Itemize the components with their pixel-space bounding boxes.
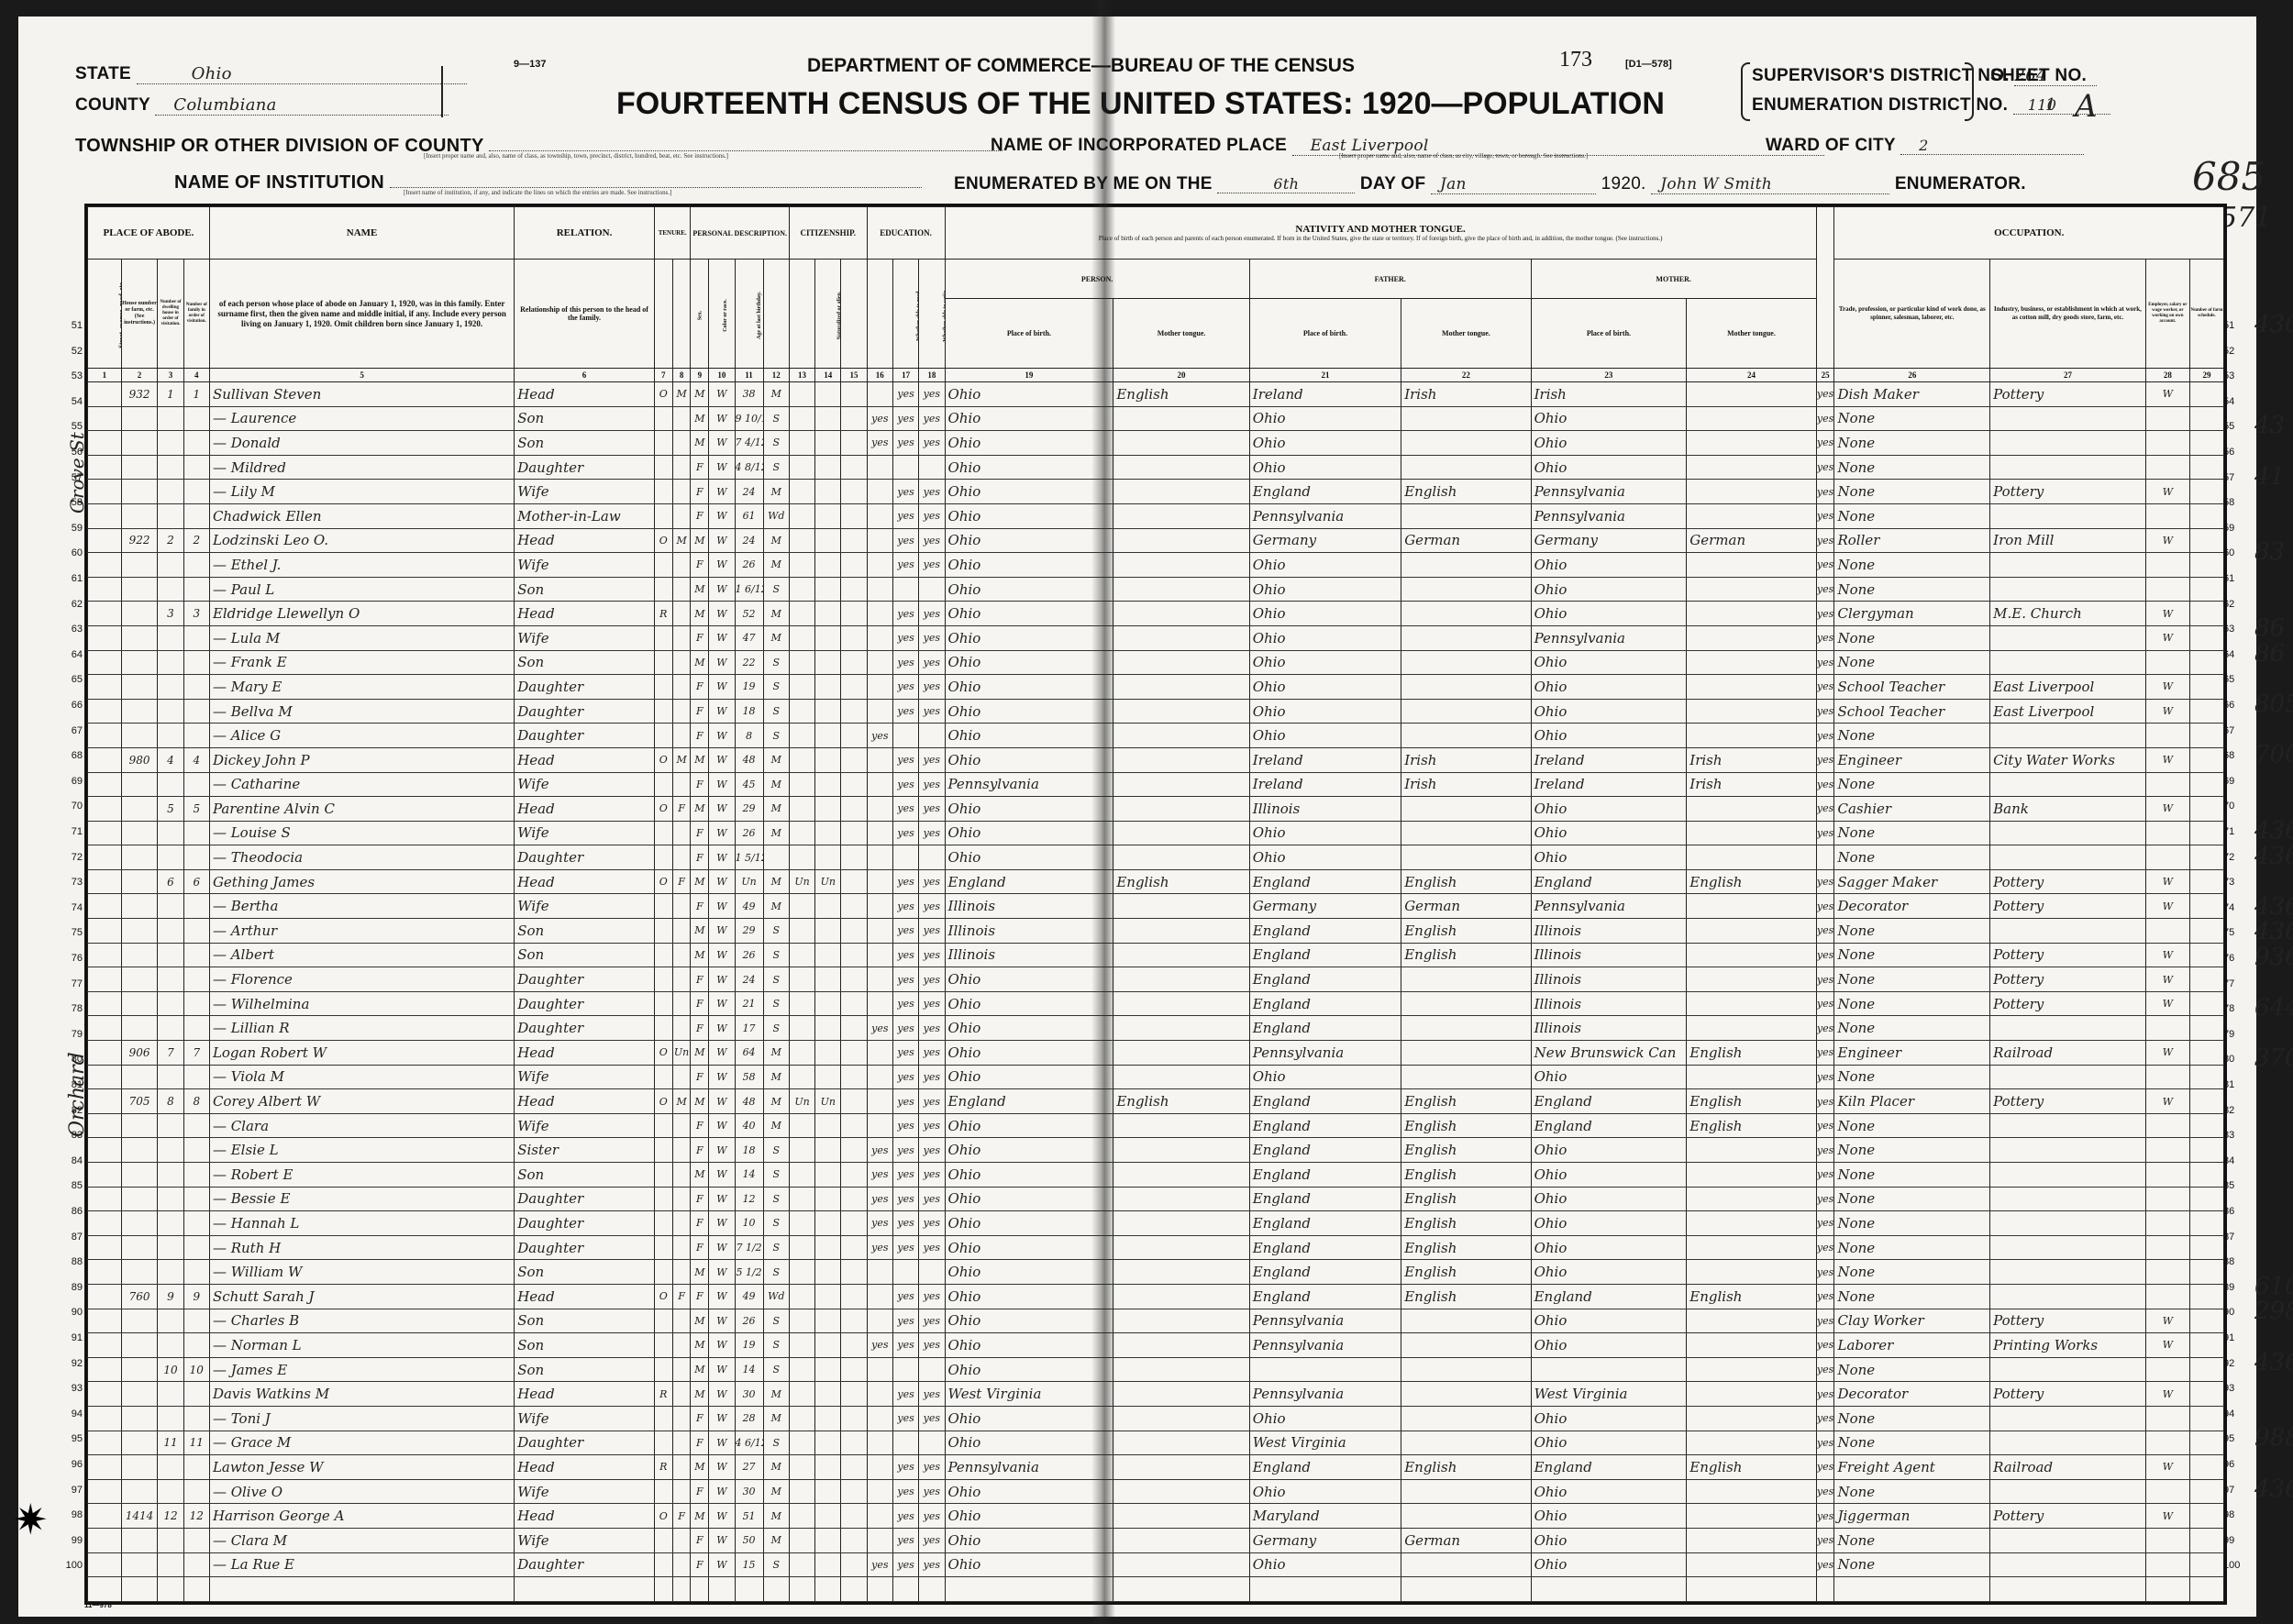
cell-fam	[183, 1479, 209, 1504]
cell-ftongue	[1401, 1479, 1531, 1504]
cell-sch	[867, 650, 892, 675]
cell-imm	[789, 650, 814, 675]
line-number: 65	[61, 674, 83, 685]
cell-nat	[815, 528, 841, 553]
column-number: 15	[841, 369, 867, 382]
cell-fam	[183, 894, 209, 919]
cell-emp: W	[2145, 797, 2189, 822]
cell-read: yes	[892, 1406, 918, 1431]
cell-emp	[2145, 406, 2189, 431]
column-number: 26	[1834, 369, 1990, 382]
cell-eng: yes	[1816, 382, 1834, 407]
cell-own	[654, 967, 672, 992]
cell-street	[88, 553, 122, 578]
cell-emp	[2145, 553, 2189, 578]
cell-natyr	[841, 650, 867, 675]
cell-sch	[867, 528, 892, 553]
cell-ftongue: English	[1401, 1284, 1531, 1309]
cell-race: W	[709, 1163, 735, 1188]
cell-house	[121, 1187, 158, 1211]
cell-mtongue	[1687, 1260, 1816, 1285]
cell-farm	[2189, 991, 2223, 1016]
cell-age: 51	[735, 1504, 763, 1529]
cell-own	[654, 1406, 672, 1431]
cell-age: 22	[735, 650, 763, 675]
cell-ms: M	[763, 480, 789, 504]
cell-mort	[672, 431, 691, 456]
cell-write: yes	[919, 943, 945, 967]
cell-fpob: Ohio	[1249, 724, 1401, 748]
cell-mort	[672, 1577, 691, 1602]
cell-house	[121, 869, 158, 894]
line-number-right: 91	[2223, 1332, 2234, 1343]
cell-write: yes	[919, 894, 945, 919]
column-number: 13	[789, 369, 814, 382]
cell-dwell	[158, 1406, 183, 1431]
cell-trade: Laborer	[1834, 1333, 1990, 1358]
cell-street	[88, 1357, 122, 1382]
cell-sex: M	[691, 577, 709, 602]
cell-race: W	[709, 1211, 735, 1236]
cell-age: 47	[735, 625, 763, 650]
enumeration-district-field: ENUMERATION DISTRICT NO. 110	[1752, 95, 2110, 116]
cell-ms: S	[763, 650, 789, 675]
cell-name: Chadwick Ellen	[209, 503, 514, 528]
cell-house	[121, 797, 158, 822]
cell-race: W	[709, 1431, 735, 1455]
cell-trade: School Teacher	[1834, 699, 1990, 724]
cell-ind	[1990, 1577, 2146, 1602]
cell-farm	[2189, 845, 2223, 870]
line-number-right: 100	[2223, 1560, 2240, 1571]
cell-race: W	[709, 382, 735, 407]
cell-age: 26	[735, 553, 763, 578]
cell-trade: None	[1834, 991, 1990, 1016]
line-number: 62	[61, 599, 83, 610]
cell-sch	[867, 797, 892, 822]
state-value: Ohio	[137, 64, 467, 84]
cell-street	[88, 1333, 122, 1358]
cell-farm	[2189, 1552, 2223, 1577]
group-place-of-abode: PLACE OF ABODE.	[88, 207, 210, 260]
column-number: 9	[691, 369, 709, 382]
cell-eng: yes	[1816, 1406, 1834, 1431]
col-25-header: Whether able to speak English.	[1816, 207, 1834, 369]
cell-mort	[672, 1479, 691, 1504]
cell-ms: S	[763, 1187, 789, 1211]
cell-nat	[815, 553, 841, 578]
cell-pob: Ohio	[945, 1309, 1113, 1333]
cell-house	[121, 503, 158, 528]
cell-race: W	[709, 1113, 735, 1138]
cell-natyr	[841, 967, 867, 992]
cell-pob: Ohio	[945, 821, 1113, 845]
cell-house	[121, 1406, 158, 1431]
cell-house: 760	[121, 1284, 158, 1309]
cell-mtongue: Irish	[1687, 772, 1816, 797]
col-6-header: Relationship of this person to the head …	[515, 260, 655, 369]
cell-fpob: Ohio	[1249, 1552, 1401, 1577]
cell-tongue	[1113, 1138, 1249, 1163]
occupation-code-note: 298	[2254, 1298, 2293, 1325]
cell-own	[654, 1016, 672, 1041]
cell-farm	[2189, 382, 2223, 407]
line-number-right: 88	[2223, 1256, 2234, 1267]
cell-mort	[672, 406, 691, 431]
cell-mort	[672, 943, 691, 967]
cell-ftongue: English	[1401, 1138, 1531, 1163]
cell-natyr	[841, 675, 867, 700]
line-number-right: 67	[2223, 725, 2234, 736]
cell-mpob: Illinois	[1531, 919, 1687, 944]
table-row: — Clara MWifeFW50MyesyesOhioGermanyGerma…	[88, 1528, 2224, 1552]
cell-eng: yes	[1816, 602, 1834, 626]
cell-farm	[2189, 797, 2223, 822]
cell-house	[121, 1455, 158, 1480]
cell-farm	[2189, 1113, 2223, 1138]
cell-street	[88, 699, 122, 724]
cell-street	[88, 577, 122, 602]
cell-rel: Daughter	[515, 1016, 655, 1041]
cell-farm	[2189, 1309, 2223, 1333]
table-row: 90677Logan Robert WHeadOUnMW64MyesyesOhi…	[88, 1041, 2224, 1066]
cell-ftongue	[1401, 625, 1531, 650]
occupation-code-note: 41	[2254, 463, 2285, 491]
cell-sex: M	[691, 1163, 709, 1188]
cell-age: 58	[735, 1065, 763, 1089]
cell-street	[88, 1479, 122, 1504]
cell-race: W	[709, 1016, 735, 1041]
column-number: 24	[1687, 369, 1816, 382]
cell-natyr	[841, 1138, 867, 1163]
cell-sex	[691, 1577, 709, 1602]
cell-mort	[672, 772, 691, 797]
column-number: 7	[654, 369, 672, 382]
cell-mort	[672, 1163, 691, 1188]
cell-street	[88, 1284, 122, 1309]
cell-natyr	[841, 894, 867, 919]
cell-sex: M	[691, 1041, 709, 1066]
table-row: 93211Sullivan StevenHeadOMMW38MyesyesOhi…	[88, 382, 2224, 407]
cell-write: yes	[919, 1528, 945, 1552]
cell-ind: Pottery	[1990, 1309, 2146, 1333]
table-row: 14141212Harrison George AHeadOFMW51Myesy…	[88, 1504, 2224, 1529]
cell-tongue	[1113, 1016, 1249, 1041]
line-number: 67	[61, 725, 83, 736]
cell-write: yes	[919, 869, 945, 894]
cell-farm	[2189, 1504, 2223, 1529]
cell-farm	[2189, 455, 2223, 480]
cell-house	[121, 967, 158, 992]
cell-sex: F	[691, 1406, 709, 1431]
cell-dwell: 6	[158, 869, 183, 894]
cell-fpob: Pennsylvania	[1249, 1333, 1401, 1358]
cell-farm	[2189, 1260, 2223, 1285]
cell-eng: yes	[1816, 724, 1834, 748]
cell-eng: yes	[1816, 553, 1834, 578]
cell-pob	[945, 1577, 1113, 1602]
cell-ftongue	[1401, 1309, 1531, 1333]
cell-imm	[789, 699, 814, 724]
cell-own: O	[654, 382, 672, 407]
cell-tongue	[1113, 724, 1249, 748]
cell-mtongue: English	[1687, 1041, 1816, 1066]
cell-house	[121, 1260, 158, 1285]
cell-mtongue: English	[1687, 1113, 1816, 1138]
line-number-right: 99	[2223, 1535, 2234, 1546]
cell-ftongue: English	[1401, 1455, 1531, 1480]
cell-dwell	[158, 1016, 183, 1041]
cell-read: yes	[892, 894, 918, 919]
col-22-header: Mother tongue.	[1401, 299, 1531, 369]
cell-mpob: Ohio	[1531, 845, 1687, 870]
cell-fam	[183, 1113, 209, 1138]
cell-sch	[867, 894, 892, 919]
cell-read: yes	[892, 602, 918, 626]
cell-fpob: Ohio	[1249, 699, 1401, 724]
cell-farm	[2189, 1211, 2223, 1236]
cell-mtongue: English	[1687, 1089, 1816, 1114]
line-number-right: 74	[2223, 902, 2234, 913]
cell-ftongue: English	[1401, 1113, 1531, 1138]
cell-age: 17	[735, 1016, 763, 1041]
cell-read	[892, 455, 918, 480]
cell-natyr	[841, 747, 867, 772]
occupation-code-note: 436	[2254, 1349, 2293, 1376]
cell-fpob: England	[1249, 1163, 1401, 1188]
cell-trade: None	[1834, 821, 1990, 845]
cell-age: 28	[735, 1406, 763, 1431]
cell-name: — Viola M	[209, 1065, 514, 1089]
cell-tongue	[1113, 1479, 1249, 1504]
cell-ind	[1990, 650, 2146, 675]
column-number: 5	[209, 369, 514, 382]
line-number: 60	[61, 547, 83, 558]
cell-eng: yes	[1816, 821, 1834, 845]
cell-nat	[815, 1113, 841, 1138]
cell-name: — Bertha	[209, 894, 514, 919]
cell-farm	[2189, 431, 2223, 456]
cell-race: W	[709, 797, 735, 822]
cell-mort	[672, 1455, 691, 1480]
cell-mpob: England	[1531, 1089, 1687, 1114]
cell-house	[121, 675, 158, 700]
cell-pob: Ohio	[945, 1431, 1113, 1455]
cell-house	[121, 650, 158, 675]
cell-emp	[2145, 1479, 2189, 1504]
cell-age: 29	[735, 797, 763, 822]
cell-trade: None	[1834, 1284, 1990, 1309]
cell-house	[121, 1357, 158, 1382]
cell-sex: F	[691, 480, 709, 504]
cell-sch	[867, 1089, 892, 1114]
cell-mort: F	[672, 1284, 691, 1309]
cell-trade: None	[1834, 480, 1990, 504]
cell-farm	[2189, 503, 2223, 528]
cell-ind: Pottery	[1990, 1089, 2146, 1114]
cell-pob: Ohio	[945, 1163, 1113, 1188]
cell-race: W	[709, 1235, 735, 1260]
cell-street	[88, 724, 122, 748]
cell-fam	[183, 821, 209, 845]
cell-house	[121, 724, 158, 748]
cell-trade	[1834, 1577, 1990, 1602]
cell-dwell	[158, 919, 183, 944]
cell-fam	[183, 943, 209, 967]
cell-trade: None	[1834, 455, 1990, 480]
cell-mort	[672, 724, 691, 748]
cell-race	[709, 1577, 735, 1602]
cell-trade: None	[1834, 772, 1990, 797]
col-4-header: Number of family in order of visitation.	[183, 260, 209, 369]
cell-race: W	[709, 772, 735, 797]
cell-mtongue	[1687, 1577, 1816, 1602]
line-number-right: 94	[2223, 1409, 2234, 1420]
cell-own	[654, 1333, 672, 1358]
cell-ind: Pottery	[1990, 480, 2146, 504]
cell-own: O	[654, 869, 672, 894]
cell-race: W	[709, 1187, 735, 1211]
cell-imm	[789, 1163, 814, 1188]
cell-farm	[2189, 1016, 2223, 1041]
cell-mpob: Ohio	[1531, 1163, 1687, 1188]
cell-ind	[1990, 503, 2146, 528]
line-number: 93	[61, 1383, 83, 1394]
cell-sex: F	[691, 1284, 709, 1309]
cell-dwell: 9	[158, 1284, 183, 1309]
cell-rel: Son	[515, 577, 655, 602]
cell-pob: Illinois	[945, 943, 1113, 967]
cell-natyr	[841, 1333, 867, 1358]
cell-name: — Donald	[209, 431, 514, 456]
cell-tongue	[1113, 943, 1249, 967]
cell-own	[654, 724, 672, 748]
cell-imm	[789, 1284, 814, 1309]
enumerated-month: Jan	[1431, 175, 1596, 194]
cell-dwell: 5	[158, 797, 183, 822]
cell-imm	[789, 845, 814, 870]
cell-ftongue: German	[1401, 894, 1531, 919]
cell-ind: City Water Works	[1990, 747, 2146, 772]
cell-race: W	[709, 1089, 735, 1114]
cell-read: yes	[892, 967, 918, 992]
line-number-right: 63	[2223, 624, 2234, 635]
cell-trade: None	[1834, 1113, 1990, 1138]
cell-dwell	[158, 1479, 183, 1504]
cell-nat	[815, 967, 841, 992]
cell-dwell: 4	[158, 747, 183, 772]
line-number-right: 79	[2223, 1029, 2234, 1040]
cell-fam: 4	[183, 747, 209, 772]
cell-ftongue	[1401, 724, 1531, 748]
cell-sch	[867, 577, 892, 602]
cell-nat	[815, 1065, 841, 1089]
cell-house: 932	[121, 382, 158, 407]
cell-ms	[763, 845, 789, 870]
cell-imm	[789, 1577, 814, 1602]
cell-mpob: Ohio	[1531, 650, 1687, 675]
cell-eng: yes	[1816, 1016, 1834, 1041]
table-row: — La Rue EDaughterFW15SyesyesyesOhioOhio…	[88, 1552, 2224, 1577]
cell-mtongue	[1687, 699, 1816, 724]
cell-nat	[815, 699, 841, 724]
cell-write	[919, 455, 945, 480]
cell-trade: None	[1834, 1235, 1990, 1260]
cell-rel: Mother-in-Law	[515, 503, 655, 528]
table-row: — MildredDaughterFW4 8/12SOhioOhioOhioye…	[88, 455, 2224, 480]
cell-ftongue	[1401, 821, 1531, 845]
cell-sex: F	[691, 1235, 709, 1260]
cell-name: — Grace M	[209, 1431, 514, 1455]
cell-dwell	[158, 625, 183, 650]
cell-imm	[789, 382, 814, 407]
table-row: — Ruth HDaughterFW7 1/2SyesyesyesOhioEng…	[88, 1235, 2224, 1260]
cell-tongue	[1113, 1235, 1249, 1260]
cell-ind	[1990, 1187, 2146, 1211]
cell-street	[88, 821, 122, 845]
cell-read: yes	[892, 1163, 918, 1188]
occupation-code-note: 610	[2254, 1273, 2293, 1300]
census-table: PLACE OF ABODE. NAME RELATION. TENURE. P…	[84, 204, 2227, 1605]
cell-mpob: Ohio	[1531, 1528, 1687, 1552]
cell-write: yes	[919, 650, 945, 675]
cell-fpob: Ireland	[1249, 772, 1401, 797]
cell-fam	[183, 553, 209, 578]
cell-mpob: Ohio	[1531, 1552, 1687, 1577]
cell-farm	[2189, 894, 2223, 919]
cell-sex: F	[691, 724, 709, 748]
cell-ind	[1990, 1357, 2146, 1382]
col-9-label: Sex.	[697, 310, 703, 320]
cell-natyr	[841, 869, 867, 894]
cell-mtongue	[1687, 1357, 1816, 1382]
cell-farm	[2189, 1479, 2223, 1504]
column-number: 22	[1401, 369, 1531, 382]
cell-eng: yes	[1816, 1138, 1834, 1163]
cell-rel: Son	[515, 406, 655, 431]
cell-street	[88, 675, 122, 700]
cell-age: 8	[735, 724, 763, 748]
cell-mort	[672, 1235, 691, 1260]
cell-sch	[867, 480, 892, 504]
cell-read: yes	[892, 480, 918, 504]
cell-own	[654, 1235, 672, 1260]
cell-fpob	[1249, 1357, 1401, 1382]
cell-rel: Head	[515, 1504, 655, 1529]
cell-rel: Daughter	[515, 724, 655, 748]
cell-sex: M	[691, 1357, 709, 1382]
cell-sex: M	[691, 943, 709, 967]
cell-natyr	[841, 772, 867, 797]
line-number: 94	[61, 1409, 83, 1420]
cell-fpob: England	[1249, 1187, 1401, 1211]
cell-nat: Un	[815, 869, 841, 894]
cell-emp	[2145, 1260, 2189, 1285]
cell-own: O	[654, 747, 672, 772]
cell-trade: Engineer	[1834, 747, 1990, 772]
cell-ms: S	[763, 675, 789, 700]
cell-write: yes	[919, 553, 945, 578]
line-number: 69	[61, 776, 83, 787]
ward-value: 2	[1900, 137, 2084, 155]
cell-imm	[789, 943, 814, 967]
cell-house: 906	[121, 1041, 158, 1066]
form-code: 9—137	[514, 59, 546, 70]
cell-pob: Ohio	[945, 503, 1113, 528]
cell-write	[919, 724, 945, 748]
cell-mpob: Ohio	[1531, 1187, 1687, 1211]
cell-fam	[183, 1528, 209, 1552]
